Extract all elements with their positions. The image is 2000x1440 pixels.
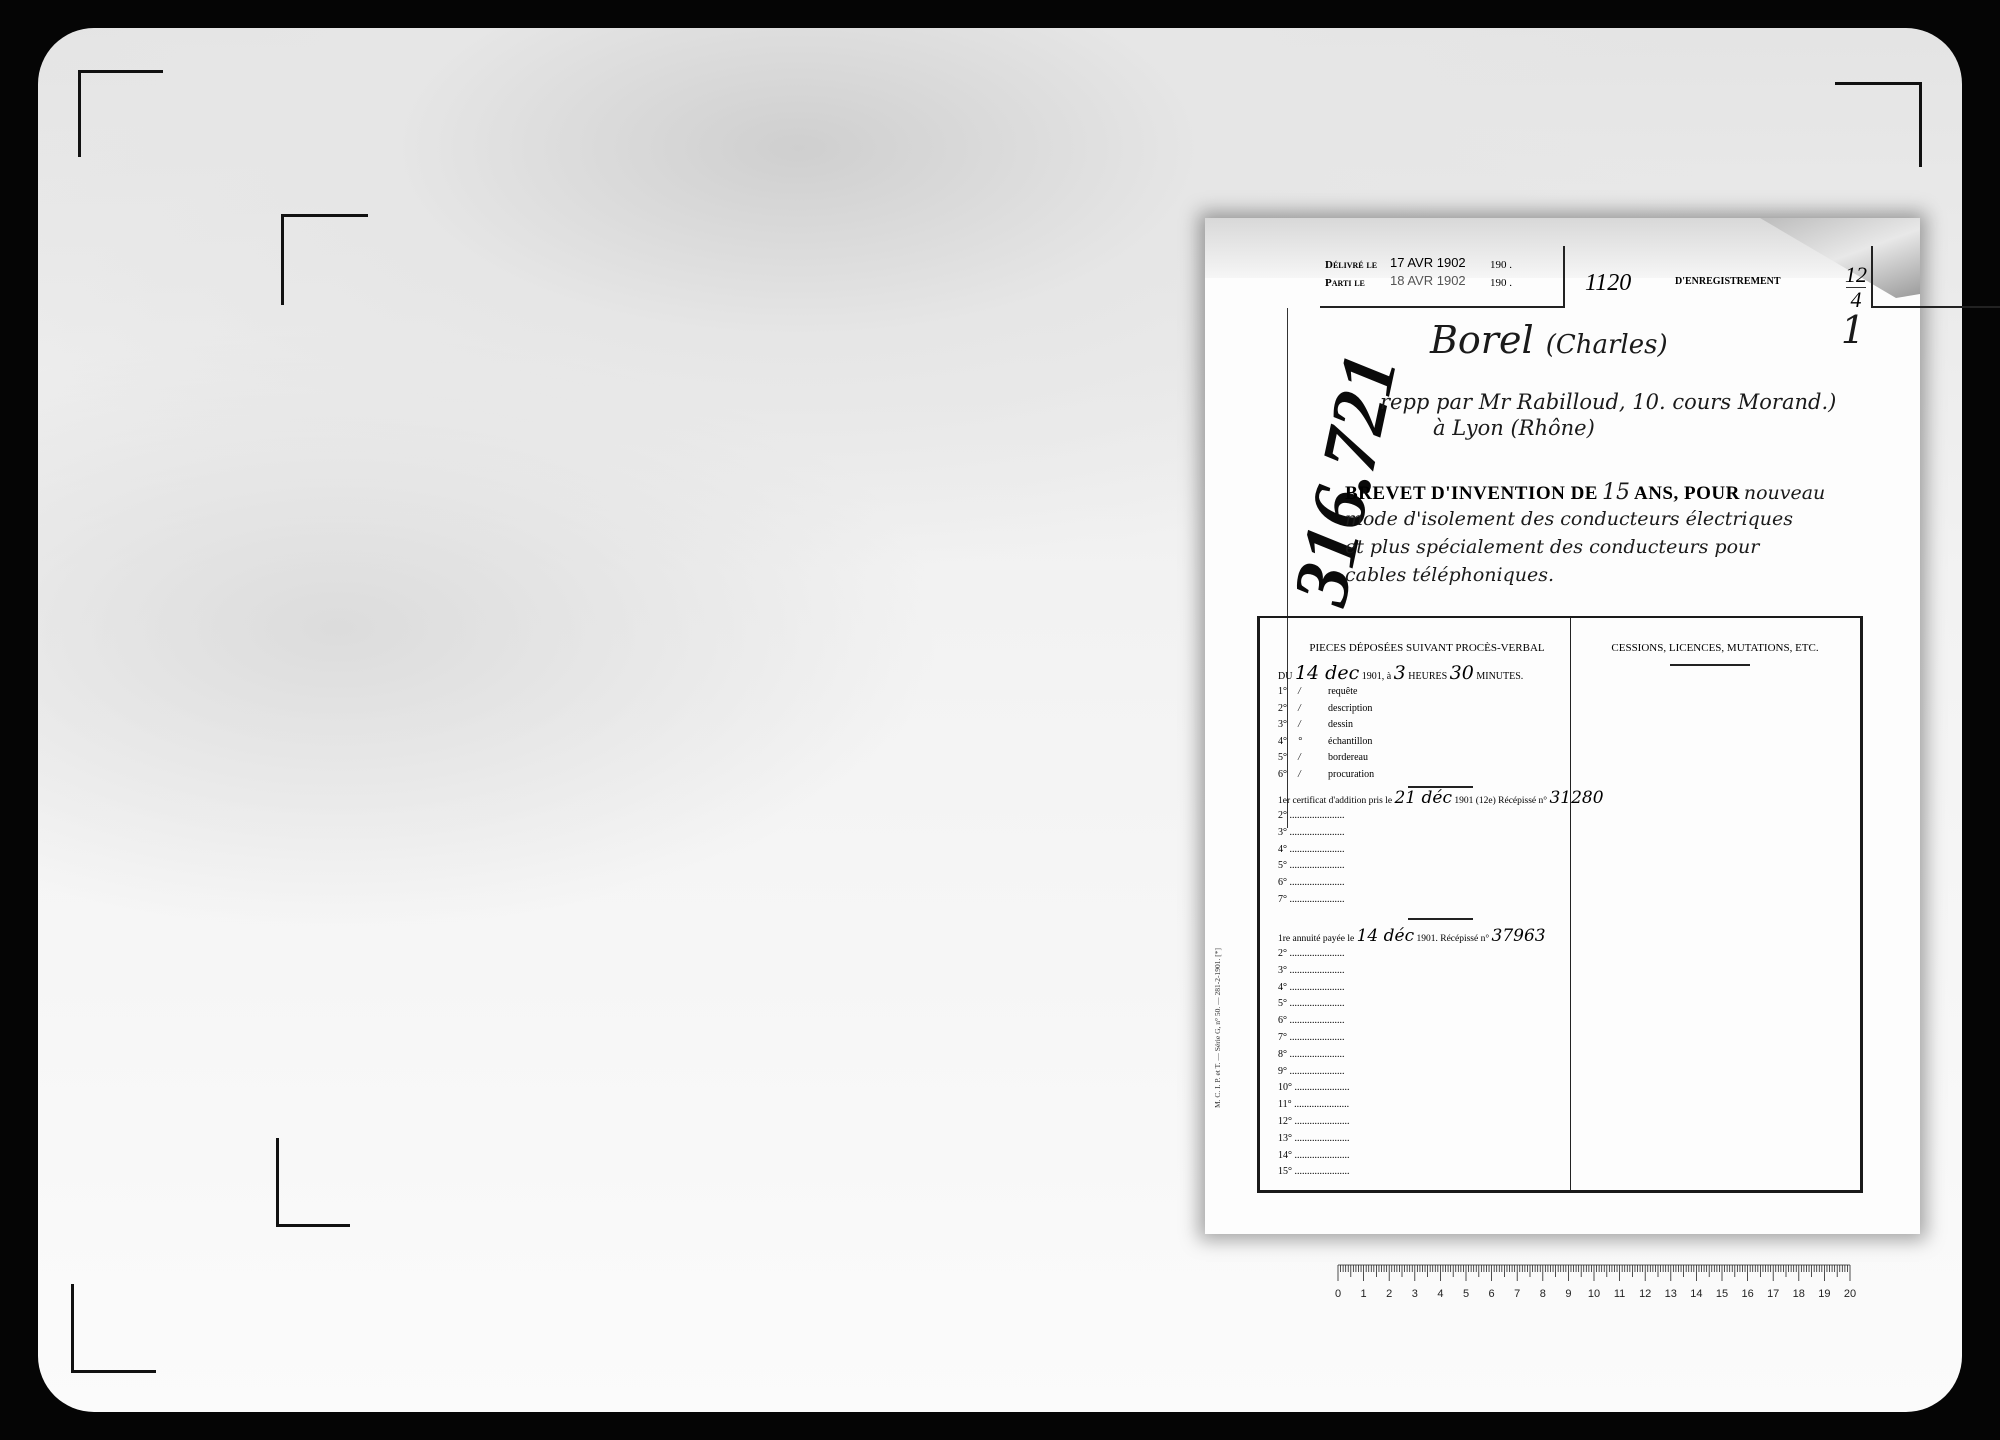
- piece-item: 6°/procuration: [1278, 767, 1374, 784]
- pv-minutes-label: MINUTES.: [1476, 671, 1523, 682]
- owner-name: Borel (Charles): [1430, 318, 1668, 362]
- piece-item: 4°°échantillon: [1278, 734, 1374, 751]
- svg-text:11: 11: [1614, 1288, 1625, 1300]
- crop-mark-top-left-outer: [78, 70, 163, 157]
- svg-text:4: 4: [1437, 1288, 1443, 1300]
- blank-entry: 12° ......................: [1278, 1114, 1350, 1131]
- pv-hour-label: HEURES: [1408, 671, 1447, 682]
- svg-text:19: 19: [1818, 1288, 1830, 1300]
- city-line: à Lyon (Rhône): [1433, 416, 1595, 440]
- blank-entry: 3° ......................: [1278, 963, 1350, 980]
- patent-title: BREVET D'INVENTION DE 15 ANS, POUR nouve…: [1345, 480, 1915, 589]
- blank-entry: 15° ......................: [1278, 1164, 1350, 1181]
- annuity-label: 1re annuité payée le: [1278, 934, 1354, 944]
- svg-text:0: 0: [1335, 1288, 1341, 1300]
- crop-mark-top-left-inner: [281, 214, 368, 305]
- svg-text:7: 7: [1514, 1288, 1520, 1300]
- blank-entry: 3° ......................: [1278, 825, 1345, 842]
- certificate-label: 1er certificat d'addition pris le: [1278, 796, 1392, 806]
- pieces-list: 1°/requête2°/description3°/dessin4°°écha…: [1278, 684, 1374, 783]
- delivered-label: Délivré le: [1325, 256, 1377, 274]
- svg-text:20: 20: [1844, 1288, 1856, 1300]
- receipt-number: 37963: [1492, 926, 1546, 946]
- blank-entry: 13° ......................: [1278, 1131, 1350, 1148]
- annuity-year: 1901.: [1416, 934, 1437, 944]
- scale-ruler: 01234567891011121314151617181920: [1332, 1263, 1856, 1301]
- corner-number: 1: [1841, 308, 1865, 352]
- blank-entry: 2° ......................: [1278, 808, 1345, 825]
- piece-item: 1°/requête: [1278, 684, 1374, 701]
- description-line: cables téléphoniques.: [1345, 561, 1915, 589]
- svg-text:14: 14: [1690, 1288, 1702, 1300]
- delivered-date-stamp: 17 AVR 1902: [1390, 254, 1466, 272]
- blank-entry: 7° ......................: [1278, 892, 1345, 909]
- cessions-heading: CESSIONS, LICENCES, MUTATIONS, ETC.: [1570, 642, 1860, 654]
- crop-mark-bottom-left-inner: [276, 1138, 350, 1227]
- blank-entry: 5° ......................: [1278, 996, 1350, 1013]
- printer-imprint: M. C. I. P. et T. — Série G, n° 50. — 28…: [1213, 948, 1222, 1108]
- svg-text:5: 5: [1463, 1288, 1469, 1300]
- svg-text:6: 6: [1489, 1288, 1495, 1300]
- crop-mark-bottom-left-outer: [71, 1284, 156, 1373]
- blank-entry: 4° ......................: [1278, 842, 1345, 859]
- crop-mark-top-right: [1835, 82, 1922, 167]
- registration-label: D'ENREGISTREMENT: [1675, 276, 1781, 287]
- pv-hour: 3: [1394, 662, 1406, 684]
- departed-date-stamp: 18 AVR 1902: [1390, 272, 1466, 290]
- description-line: et plus spécialement des conducteurs pou…: [1345, 533, 1915, 561]
- rule: [1408, 918, 1473, 920]
- header-labels: Délivré le Parti le: [1325, 256, 1377, 292]
- blank-entry: 14° ......................: [1278, 1148, 1350, 1165]
- certificate-year: 1901 (12e): [1454, 796, 1495, 806]
- svg-text:16: 16: [1741, 1288, 1753, 1300]
- description-line: mode d'isolement des conducteurs électri…: [1345, 505, 1915, 533]
- svg-text:9: 9: [1565, 1288, 1571, 1300]
- blank-entry: 6° ......................: [1278, 875, 1345, 892]
- svg-text:10: 10: [1588, 1288, 1600, 1300]
- certificate-date: 21 déc: [1394, 788, 1452, 808]
- blank-entry: 9° ......................: [1278, 1064, 1350, 1081]
- annuity-first: 1re annuité payée le 14 déc 1901. Récépi…: [1278, 926, 1546, 946]
- records-table: PIECES DÉPOSÉES SUIVANT PROCÈS-VERBAL DU…: [1257, 616, 1863, 1193]
- svg-text:15: 15: [1716, 1288, 1728, 1300]
- surname: Borel: [1430, 318, 1534, 362]
- title-prefix: BREVET D'INVENTION DE: [1345, 483, 1598, 504]
- receipt-number: 31280: [1549, 788, 1603, 808]
- header-right-box: [1871, 246, 2000, 308]
- piece-item: 3°/dessin: [1278, 717, 1374, 734]
- registration-fraction: 12 4: [1845, 263, 1867, 312]
- blank-entry: 2° ......................: [1278, 946, 1350, 963]
- svg-text:3: 3: [1412, 1288, 1418, 1300]
- pieces-heading: PIECES DÉPOSÉES SUIVANT PROCÈS-VERBAL: [1284, 642, 1570, 654]
- svg-text:2: 2: [1386, 1288, 1392, 1300]
- pv-minutes: 30: [1450, 662, 1474, 684]
- piece-item: 5°/bordereau: [1278, 750, 1374, 767]
- certificate-blank-list: 2° ......................3° ............…: [1278, 808, 1345, 909]
- svg-text:17: 17: [1767, 1288, 1779, 1300]
- cessions-rule: [1670, 664, 1750, 666]
- duration: 15: [1602, 480, 1630, 505]
- blank-entry: 7° ......................: [1278, 1030, 1350, 1047]
- svg-text:8: 8: [1540, 1288, 1546, 1300]
- given-name: (Charles): [1546, 330, 1668, 360]
- receipt-label: Récépissé n°: [1498, 796, 1547, 806]
- blank-entry: 6° ......................: [1278, 1013, 1350, 1030]
- year-prefix: 190 .: [1490, 256, 1512, 274]
- fraction-top: 12: [1845, 262, 1867, 287]
- piece-item: 2°/description: [1278, 701, 1374, 718]
- description-line: nouveau: [1744, 482, 1825, 504]
- pv-date: 14 dec: [1295, 662, 1359, 684]
- annuity-blank-list: 2° ......................3° ............…: [1278, 946, 1350, 1181]
- pv-year: 1901, à: [1362, 671, 1391, 682]
- header-years: 190 . 190 .: [1490, 256, 1512, 292]
- file-number-vertical: 316.721: [1267, 308, 1414, 647]
- certificate-first: 1er certificat d'addition pris le 21 déc…: [1278, 788, 1604, 808]
- title-suffix: ANS, POUR: [1634, 483, 1740, 504]
- departed-label: Parti le: [1325, 274, 1377, 292]
- receipt-label: Récépissé n°: [1440, 934, 1489, 944]
- representative-line: repp par Mr Rabilloud, 10. cours Morand.…: [1380, 390, 1836, 414]
- svg-text:18: 18: [1793, 1288, 1805, 1300]
- year-prefix: 190 .: [1490, 274, 1512, 292]
- patent-document: Délivré le Parti le 17 AVR 1902 18 AVR 1…: [1205, 218, 1920, 1234]
- header-dates: 17 AVR 1902 18 AVR 1902: [1390, 254, 1466, 290]
- svg-text:13: 13: [1665, 1288, 1677, 1300]
- blank-entry: 5° ......................: [1278, 858, 1345, 875]
- blank-entry: 10° ......................: [1278, 1080, 1350, 1097]
- blank-entry: 8° ......................: [1278, 1047, 1350, 1064]
- proces-verbal-line: DU 14 dec 1901, à 3 HEURES 30 MINUTES.: [1278, 662, 1523, 684]
- pv-prefix: DU: [1278, 671, 1292, 682]
- registration-number: 1120: [1585, 270, 1631, 297]
- svg-text:1: 1: [1361, 1288, 1367, 1300]
- blank-entry: 11° ......................: [1278, 1097, 1350, 1114]
- svg-text:12: 12: [1639, 1288, 1651, 1300]
- annuity-date: 14 déc: [1357, 926, 1415, 946]
- blank-entry: 4° ......................: [1278, 980, 1350, 997]
- column-divider: [1570, 618, 1571, 1190]
